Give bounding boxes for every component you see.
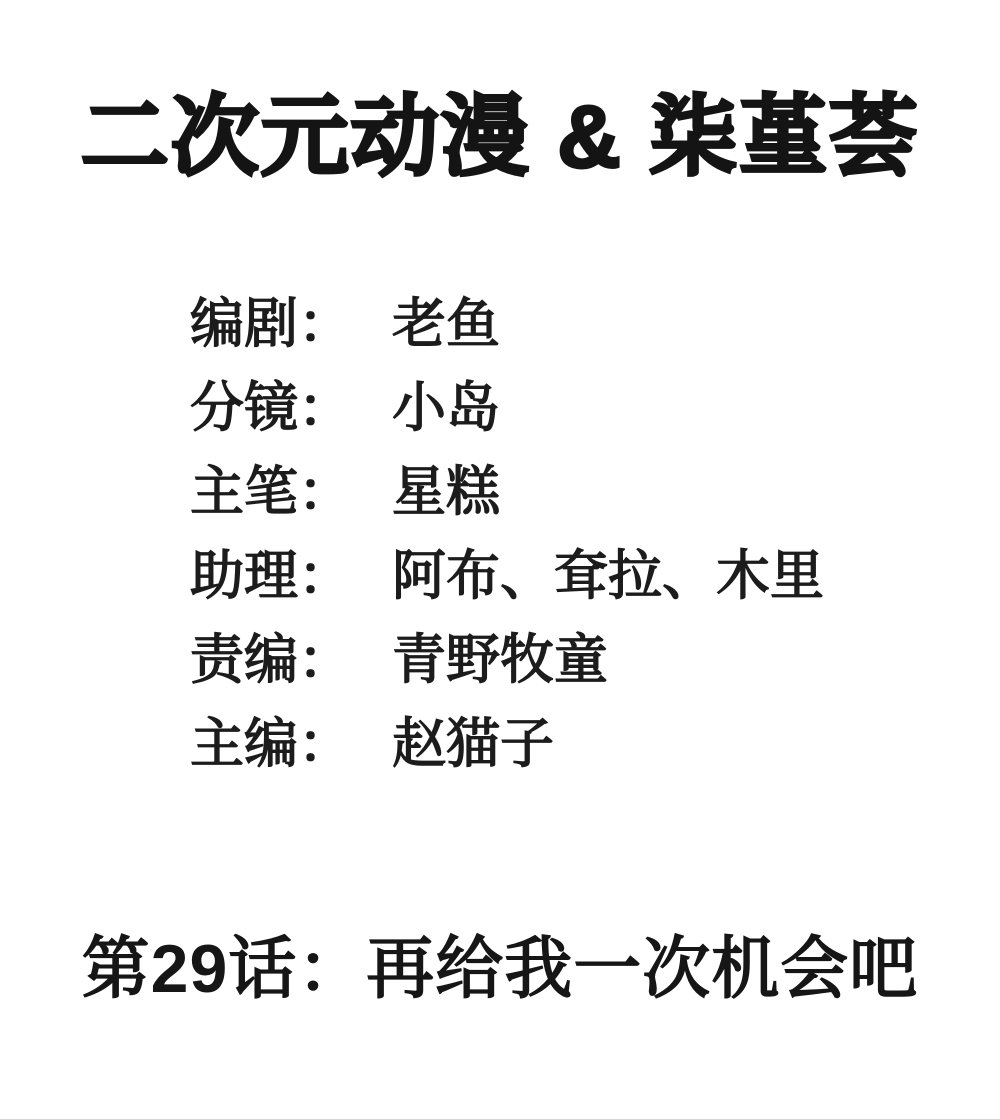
- credit-row-lead-artist: 主笔： 星糕: [190, 450, 824, 534]
- chapter-title: 第29话：再给我一次机会吧: [0, 922, 1000, 1017]
- credit-name: 青野牧童: [392, 618, 608, 702]
- credit-role: 主笔：: [190, 450, 360, 534]
- studio-title: 二次元动漫 & 柒堇荟: [0, 84, 1000, 190]
- credit-row-editor: 责编： 青野牧童: [190, 618, 824, 702]
- credit-role: 责编：: [190, 618, 360, 702]
- credits-list: 编剧： 老鱼 分镜： 小岛 主笔： 星糕 助理： 阿布、耷拉、木里 责编： 青野…: [190, 282, 824, 786]
- credit-row-screenwriter: 编剧： 老鱼: [190, 282, 824, 366]
- credit-name: 赵猫子: [392, 702, 554, 786]
- credit-row-chief-editor: 主编： 赵猫子: [190, 702, 824, 786]
- credit-role: 主编：: [190, 702, 360, 786]
- credit-role: 分镜：: [190, 366, 360, 450]
- credit-name: 星糕: [392, 450, 500, 534]
- credit-row-assistants: 助理： 阿布、耷拉、木里: [190, 534, 824, 618]
- credit-role: 编剧：: [190, 282, 360, 366]
- comic-credits-page: 二次元动漫 & 柒堇荟 编剧： 老鱼 分镜： 小岛 主笔： 星糕 助理： 阿布、…: [0, 0, 1000, 1119]
- credit-name: 小岛: [392, 366, 500, 450]
- credit-name: 阿布、耷拉、木里: [392, 534, 824, 618]
- credit-role: 助理：: [190, 534, 360, 618]
- credit-name: 老鱼: [392, 282, 500, 366]
- credit-row-storyboard: 分镜： 小岛: [190, 366, 824, 450]
